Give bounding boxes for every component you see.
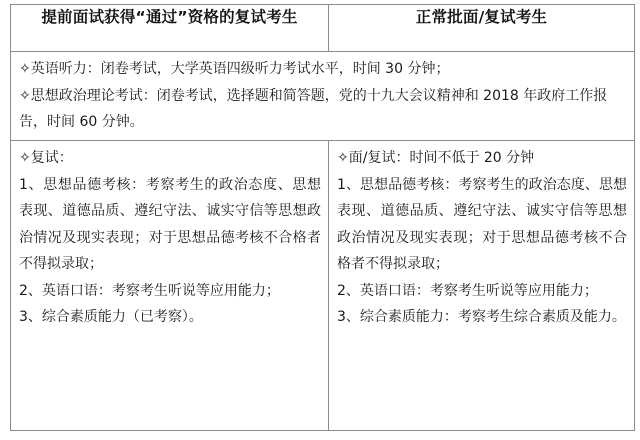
- left-item-overall-quality: 3、综合素质能力（已考察）。: [19, 304, 321, 331]
- right-item-overall-quality: 3、综合素质能力：考察考生综合素质及能力。: [337, 304, 627, 331]
- right-retest-title: ✧面/复试：时间不低于 20 分钟: [337, 145, 627, 172]
- left-item-oral-english: 2、英语口语：考察考生听说等应用能力；: [19, 278, 321, 305]
- written-exams-row: ✧英语听力：闭卷考试，大学英语四级听力考试水平，时间 30 分钟； ✧思想政治理…: [11, 52, 635, 141]
- retest-row: ✧复试： 1、思想品德考核：考察考生的政治态度、思想表现、道德品质、遵纪守法、诚…: [11, 141, 635, 431]
- header-row: 提前面试获得“通过”资格的复试考生 正常批面/复试考生: [11, 5, 635, 52]
- left-retest-cell: ✧复试： 1、思想品德考核：考察考生的政治态度、思想表现、道德品质、遵纪守法、诚…: [11, 141, 329, 431]
- political-theory-exam: ✧思想政治理论考试：闭卷考试，选择题和简答题，党的十九大会议精神和 2018 年…: [19, 83, 627, 136]
- comparison-table: 提前面试获得“通过”资格的复试考生 正常批面/复试考生 ✧英语听力：闭卷考试，大…: [10, 4, 635, 431]
- right-retest-cell: ✧面/复试：时间不低于 20 分钟 1、思想品德考核：考察考生的政治态度、思想表…: [329, 141, 635, 431]
- header-early-interview-candidates: 提前面试获得“通过”资格的复试考生: [11, 5, 329, 52]
- right-item-moral-assessment: 1、思想品德考核：考察考生的政治态度、思想表现、道德品质、遵纪守法、诚实守信等思…: [337, 172, 627, 278]
- left-retest-title: ✧复试：: [19, 145, 321, 172]
- left-item-moral-assessment: 1、思想品德考核：考察考生的政治态度、思想表现、道德品质、遵纪守法、诚实守信等思…: [19, 172, 321, 278]
- header-regular-candidates: 正常批面/复试考生: [329, 5, 635, 52]
- right-item-oral-english: 2、英语口语：考察考生听说等应用能力；: [337, 278, 627, 305]
- written-exams-cell: ✧英语听力：闭卷考试，大学英语四级听力考试水平，时间 30 分钟； ✧思想政治理…: [11, 52, 635, 141]
- english-listening-exam: ✧英语听力：闭卷考试，大学英语四级听力考试水平，时间 30 分钟；: [19, 56, 627, 83]
